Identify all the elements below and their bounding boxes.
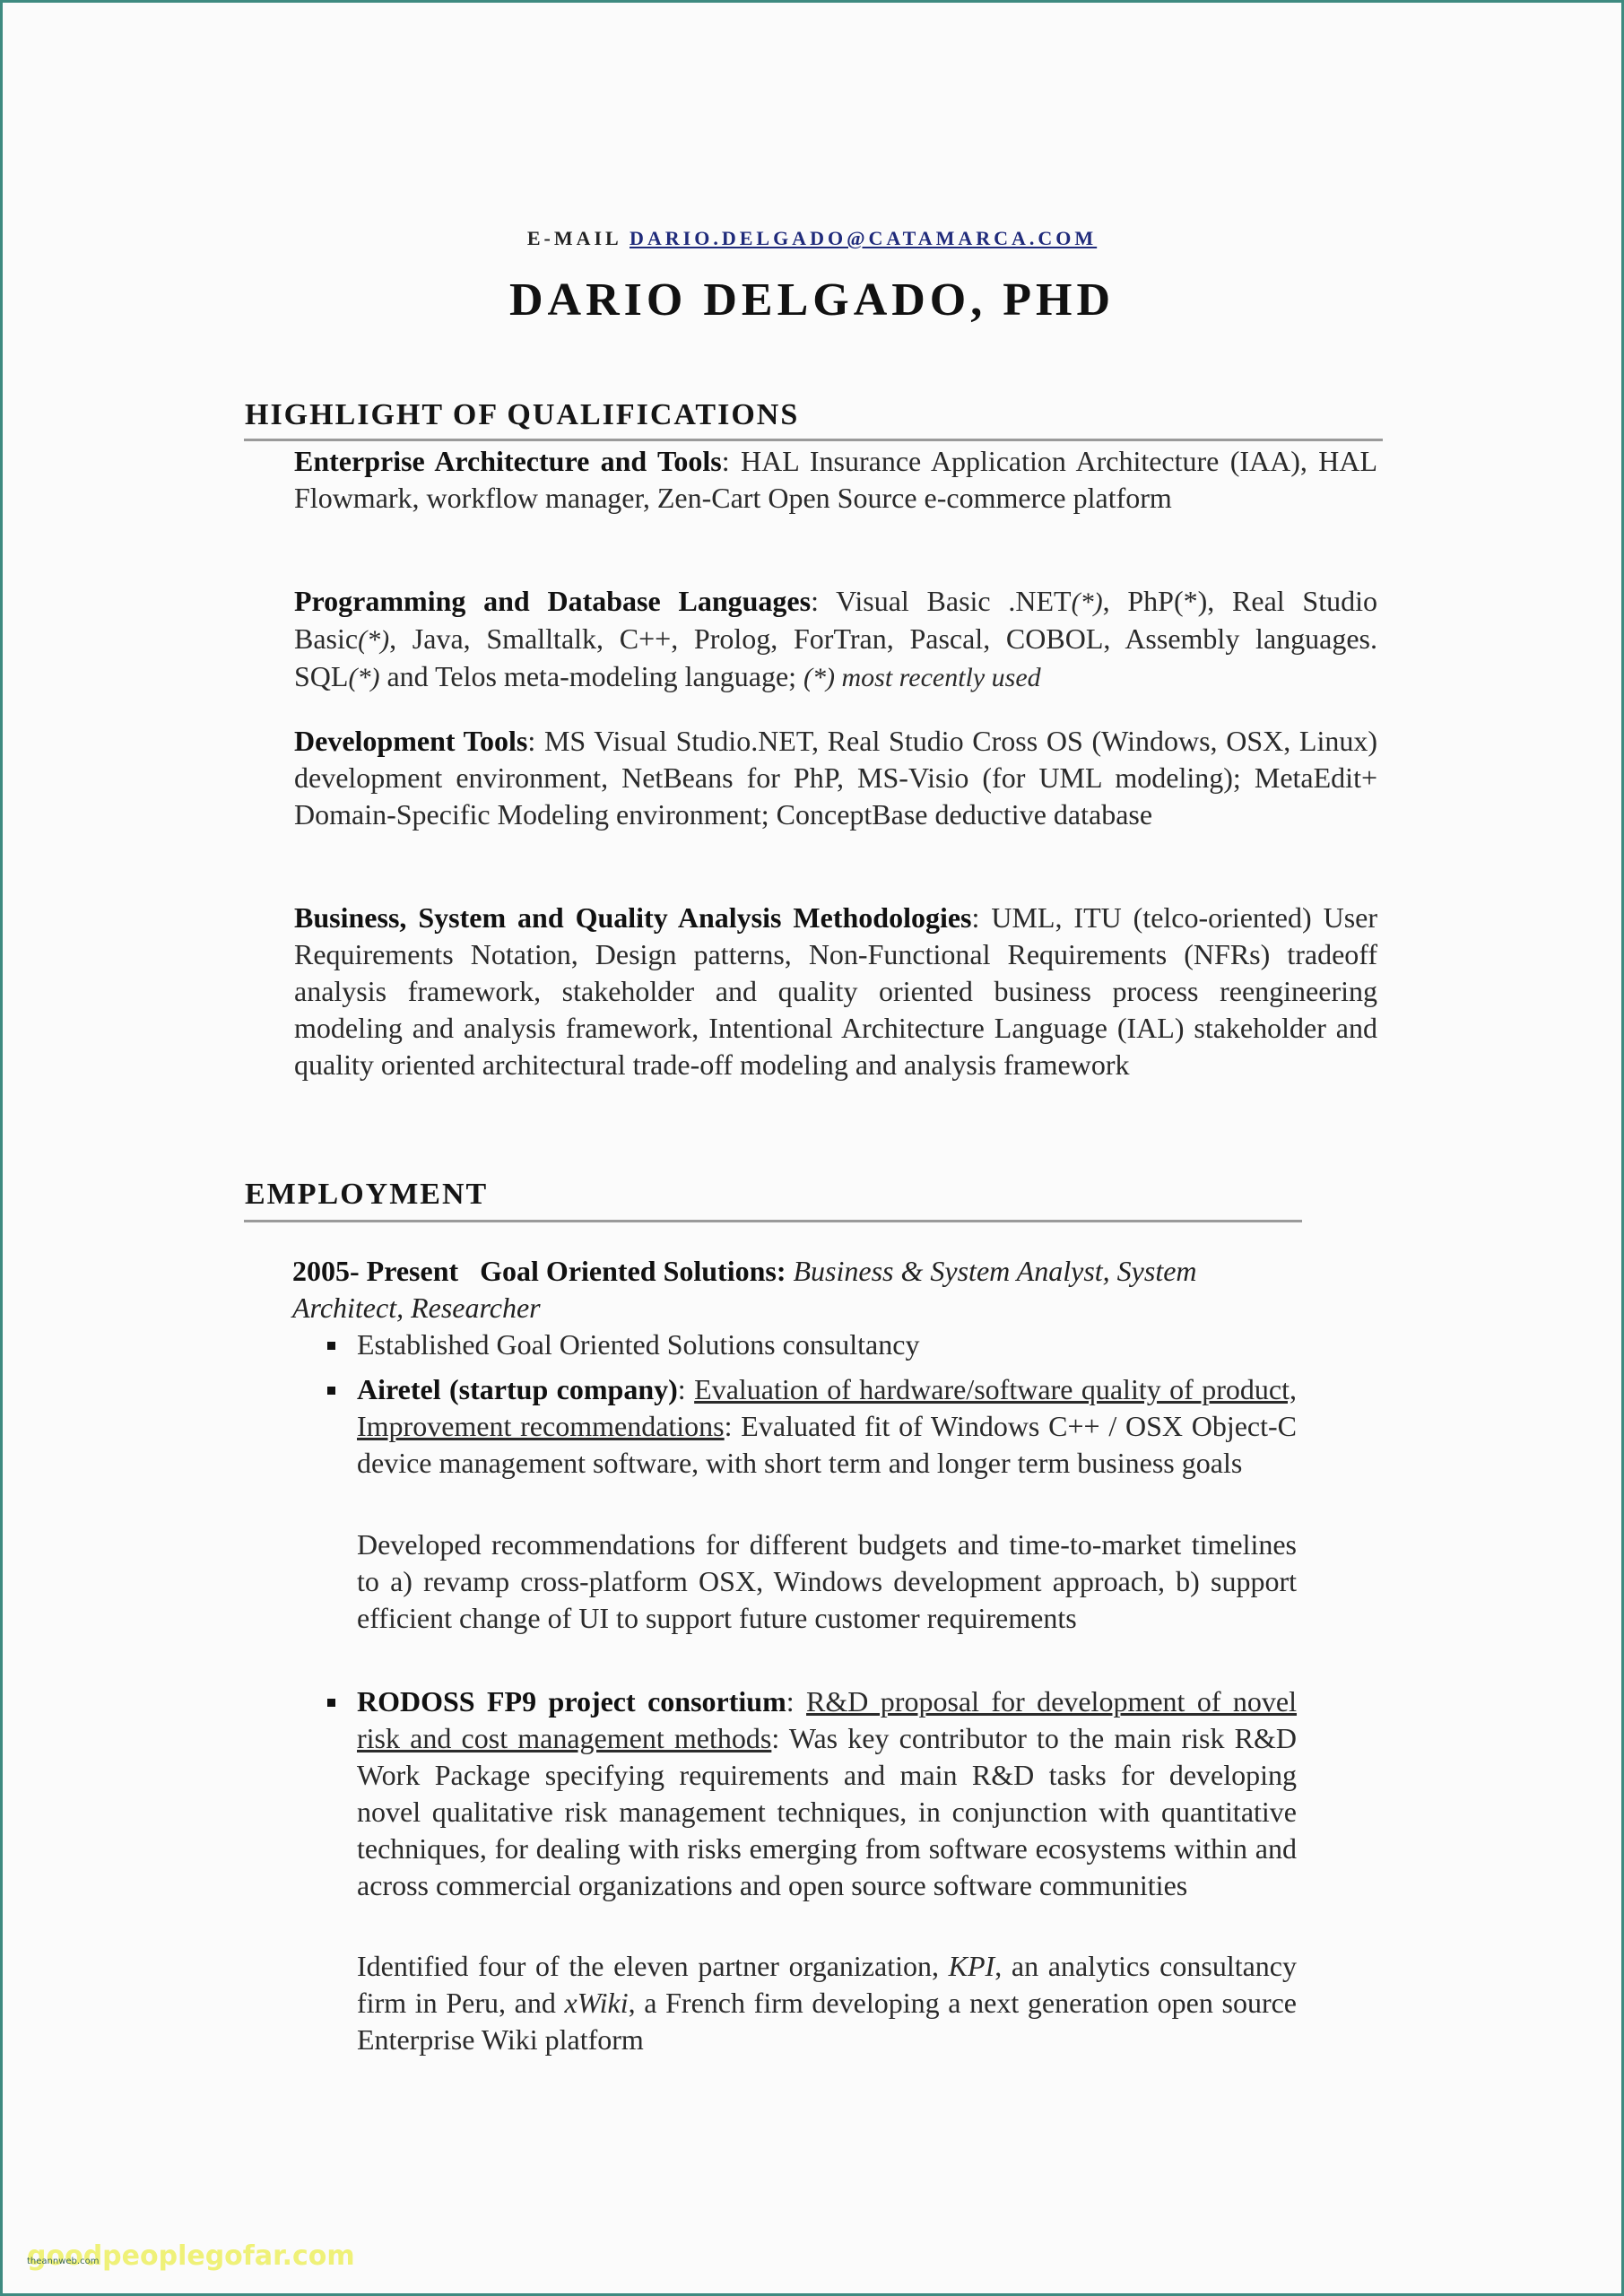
job-bullet: Established Goal Oriented Solutions cons… — [357, 1326, 1297, 1363]
job-company: Goal Oriented Solutions: — [480, 1255, 786, 1287]
qualification-item: Development Tools: MS Visual Studio.NET,… — [294, 723, 1377, 833]
qualification-label: Development Tools — [294, 725, 527, 757]
job-bullet-paragraph: Identified four of the eleven partner or… — [357, 1948, 1297, 2058]
candidate-name: DARIO DELGADO, PHD — [0, 274, 1624, 326]
bullet-label: Airetel (startup company) — [357, 1373, 678, 1405]
job-bullet: RODOSS FP9 project consortium: R&D propo… — [357, 1683, 1297, 1904]
job-bullet-paragraph: Developed recommendations for different … — [357, 1526, 1297, 1637]
section-title-employment: EMPLOYMENT — [245, 1178, 488, 1212]
job-period: 2005- Present — [292, 1255, 458, 1287]
qualification-label: Enterprise Architecture and Tools — [294, 445, 722, 477]
email-label: E-MAIL — [527, 227, 621, 249]
bullet-label: RODOSS FP9 project consortium — [357, 1685, 786, 1718]
qualification-label: Business, System and Quality Analysis Me… — [294, 901, 972, 934]
job-bullet: Airetel (startup company): Evaluation of… — [357, 1371, 1297, 1482]
section-rule — [244, 1220, 1302, 1222]
section-title-qualifications: HIGHLIGHT OF QUALIFICATIONS — [245, 398, 799, 432]
email-link[interactable]: DARIO.DELGADO@CATAMARCA.COM — [630, 227, 1097, 249]
watermark-small: theannweb.com — [27, 2257, 99, 2266]
qualification-label: Programming and Database Languages — [294, 585, 811, 617]
section-rule — [244, 439, 1383, 441]
job-header: 2005- Present Goal Oriented Solutions: B… — [292, 1253, 1306, 1326]
qualification-item: Enterprise Architecture and Tools: HAL I… — [294, 443, 1377, 517]
qualification-item: Business, System and Quality Analysis Me… — [294, 900, 1377, 1083]
email-line: E-MAIL DARIO.DELGADO@CATAMARCA.COM — [0, 227, 1624, 250]
recent-use-note: (*) most recently used — [803, 663, 1041, 692]
qualification-item: Programming and Database Languages: Visu… — [294, 583, 1377, 696]
